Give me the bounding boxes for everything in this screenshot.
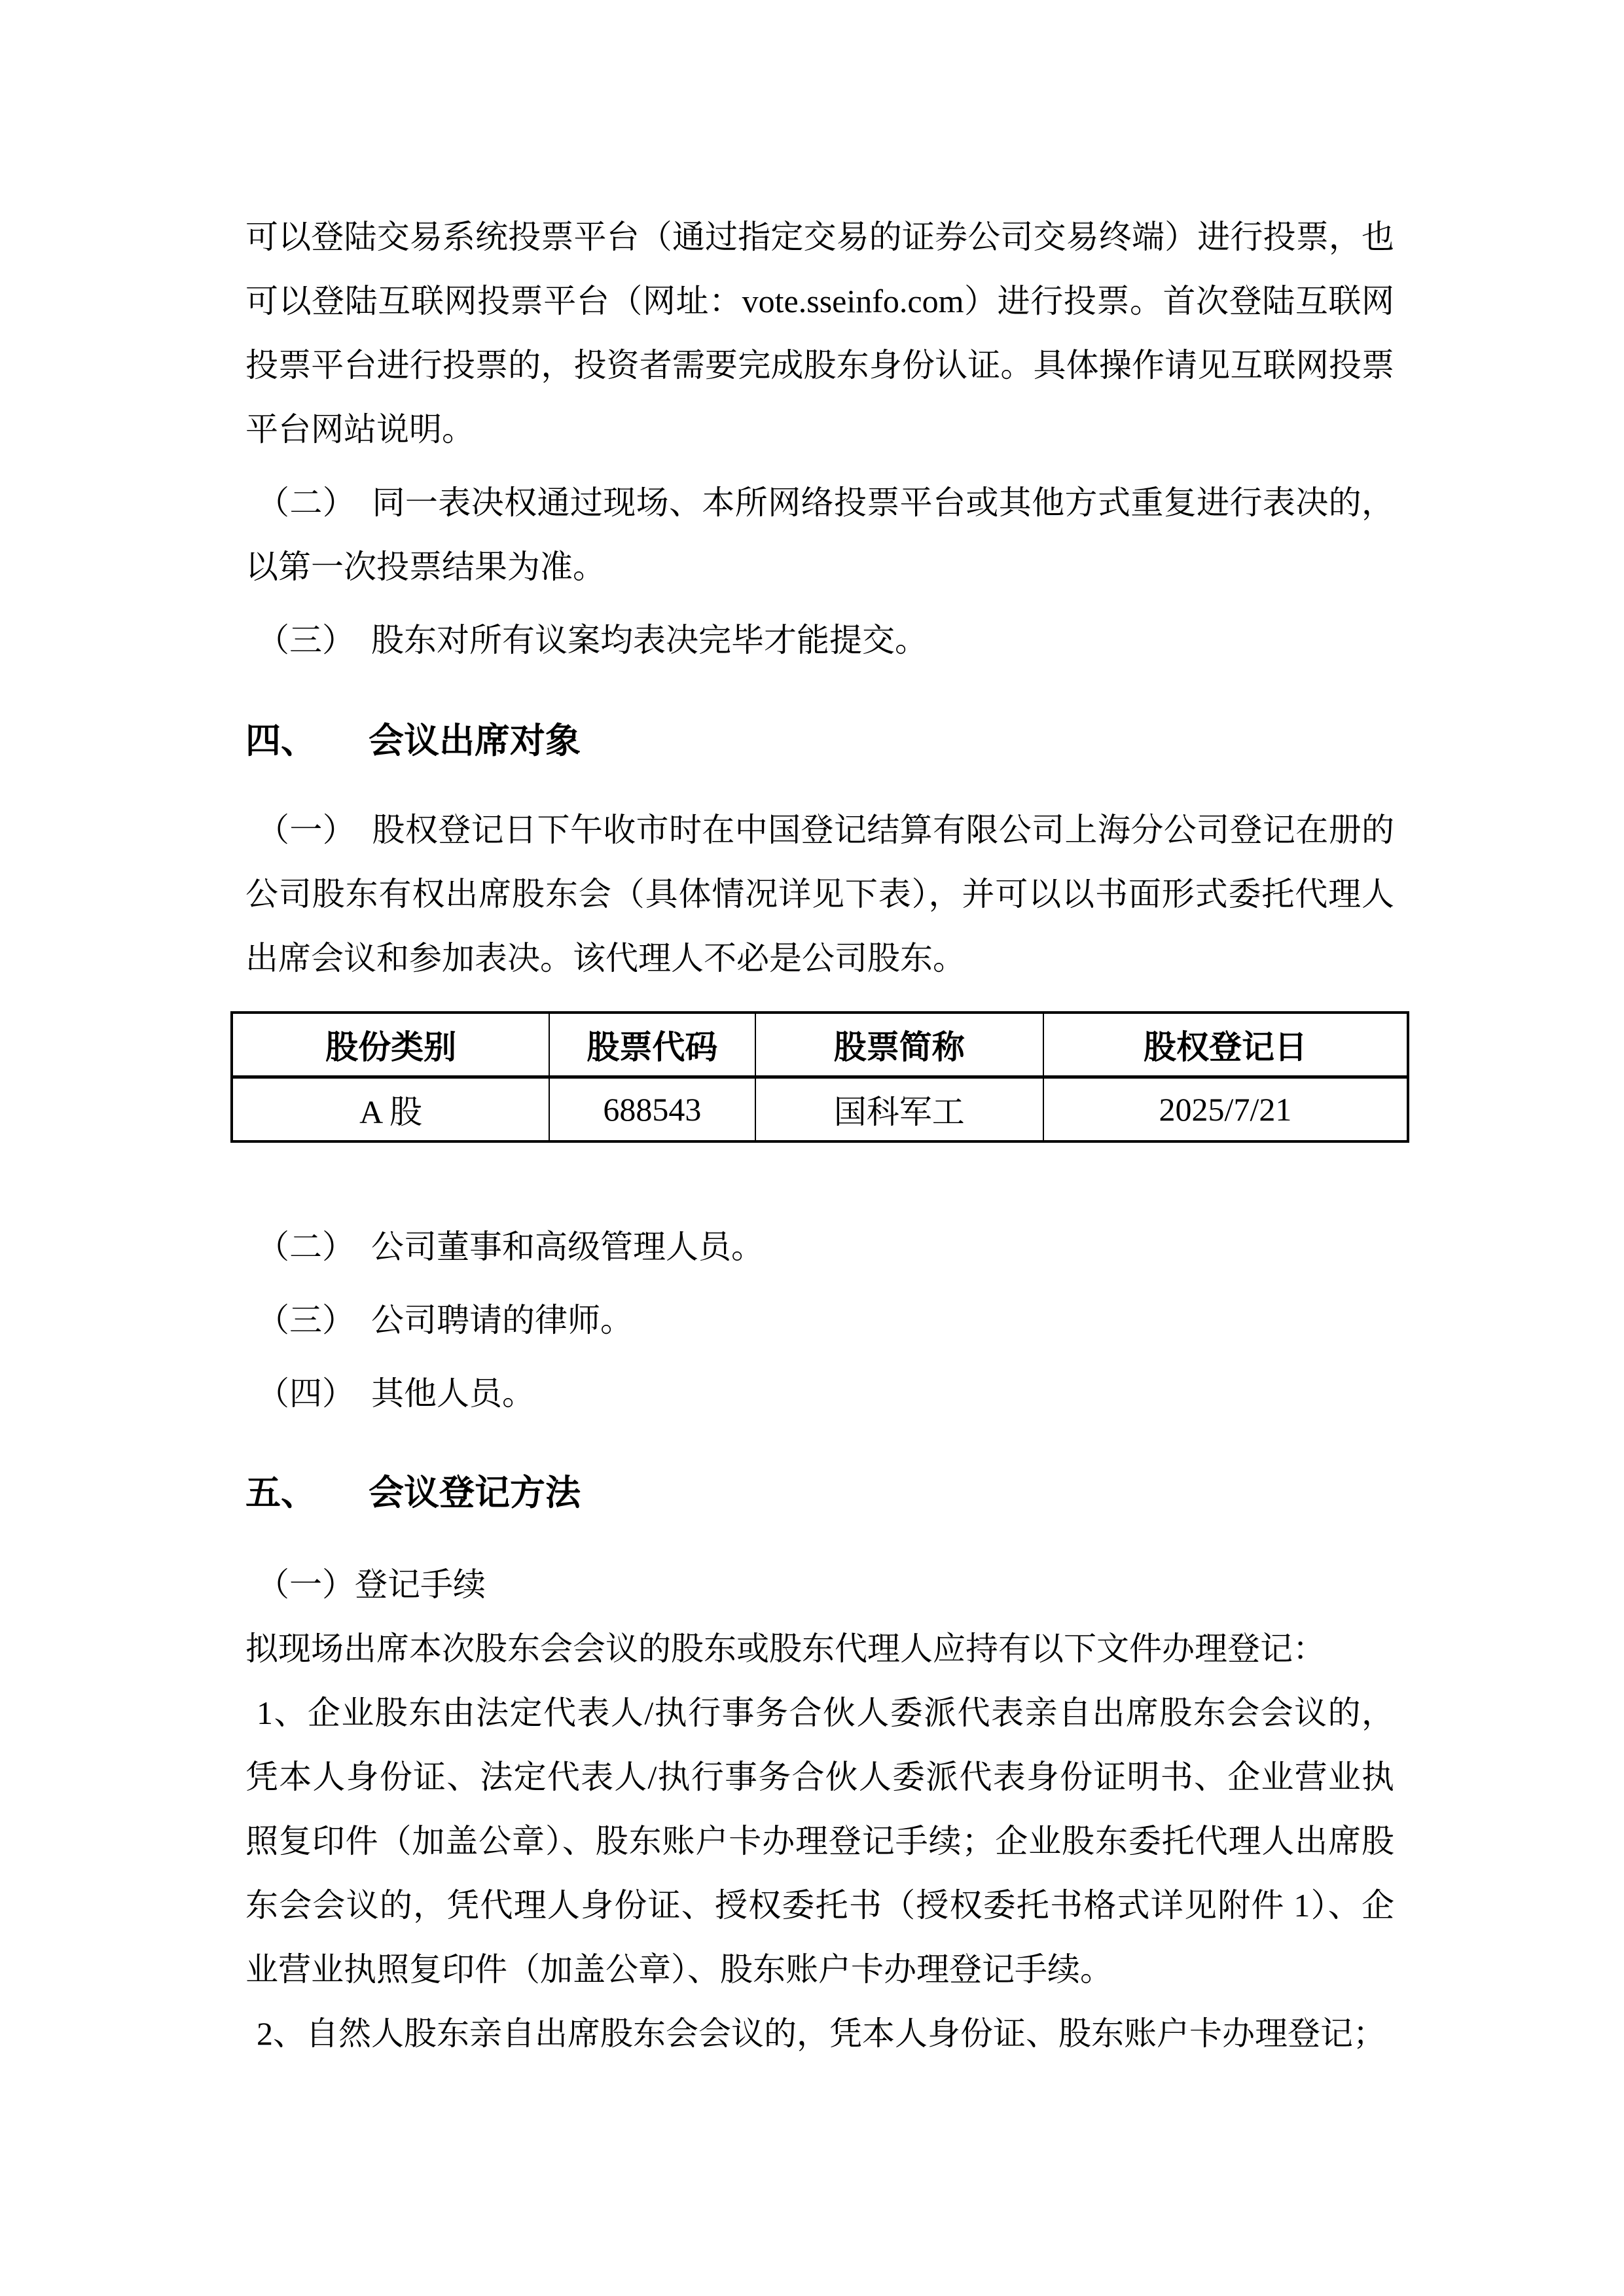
registration-procedure-subheading: （一）登记手续	[245, 1552, 1394, 1617]
header-stock-name: 股票简称	[755, 1013, 1043, 1077]
section-5-title: 会议登记方法	[369, 1473, 581, 1513]
header-stock-code: 股票代码	[549, 1013, 755, 1077]
share-table-header-row: 股份类别 股票代码 股票简称 股权登记日	[232, 1013, 1408, 1077]
document-page: 可以登陆交易系统投票平台（通过指定交易的证券公司交易终端）进行投票，也可以登陆互…	[0, 0, 1624, 2296]
corporate-shareholder-registration-paragraph: 1、企业股东由法定代表人/执行事务合伙人委派代表亲自出席股东会会议的，凭本人身份…	[245, 1681, 1394, 2001]
submit-rule-paragraph: （三） 股东对所有议案均表决完毕才能提交。	[245, 608, 1394, 672]
document-content: 可以登陆交易系统投票平台（通过指定交易的证券公司交易终端）进行投票，也可以登陆互…	[245, 0, 1394, 2066]
natural-person-registration-paragraph: 2、自然人股东亲自出席股东会会议的，凭本人身份证、股东账户卡办理登记；	[245, 2001, 1394, 2066]
cell-record-date: 2025/7/21	[1043, 1077, 1408, 1142]
section-4-number: 四、	[245, 721, 316, 761]
lawyers-attendee-paragraph: （三） 公司聘请的律师。	[245, 1288, 1394, 1352]
header-record-date: 股权登记日	[1043, 1013, 1408, 1077]
section-4-title: 会议出席对象	[369, 721, 581, 761]
section-4-heading: 四、会议出席对象	[245, 709, 1394, 773]
cell-stock-code: 688543	[549, 1077, 755, 1142]
voting-platform-paragraph: 可以登陆交易系统投票平台（通过指定交易的证券公司交易终端）进行投票，也可以登陆互…	[245, 205, 1394, 461]
directors-attendee-paragraph: （二） 公司董事和高级管理人员。	[245, 1215, 1394, 1279]
share-table-data-row: A 股 688543 国科军工 2025/7/21	[232, 1077, 1408, 1142]
section-5-heading: 五、会议登记方法	[245, 1461, 1394, 1525]
cell-share-class: A 股	[232, 1077, 549, 1142]
cell-stock-name: 国科军工	[755, 1077, 1043, 1142]
registration-documents-intro: 拟现场出席本次股东会会议的股东或股东代理人应持有以下文件办理登记：	[245, 1617, 1394, 1681]
share-register-table: 股份类别 股票代码 股票简称 股权登记日 A 股 688543 国科军工 202…	[230, 1011, 1409, 1143]
repeat-voting-rule-paragraph: （二） 同一表决权通过现场、本所网络投票平台或其他方式重复进行表决的，以第一次投…	[245, 471, 1394, 599]
record-date-paragraph: （一） 股权登记日下午收市时在中国登记结算有限公司上海分公司登记在册的公司股东有…	[245, 798, 1394, 990]
others-attendee-paragraph: （四） 其他人员。	[245, 1361, 1394, 1426]
section-5-number: 五、	[245, 1473, 316, 1513]
header-share-class: 股份类别	[232, 1013, 549, 1077]
